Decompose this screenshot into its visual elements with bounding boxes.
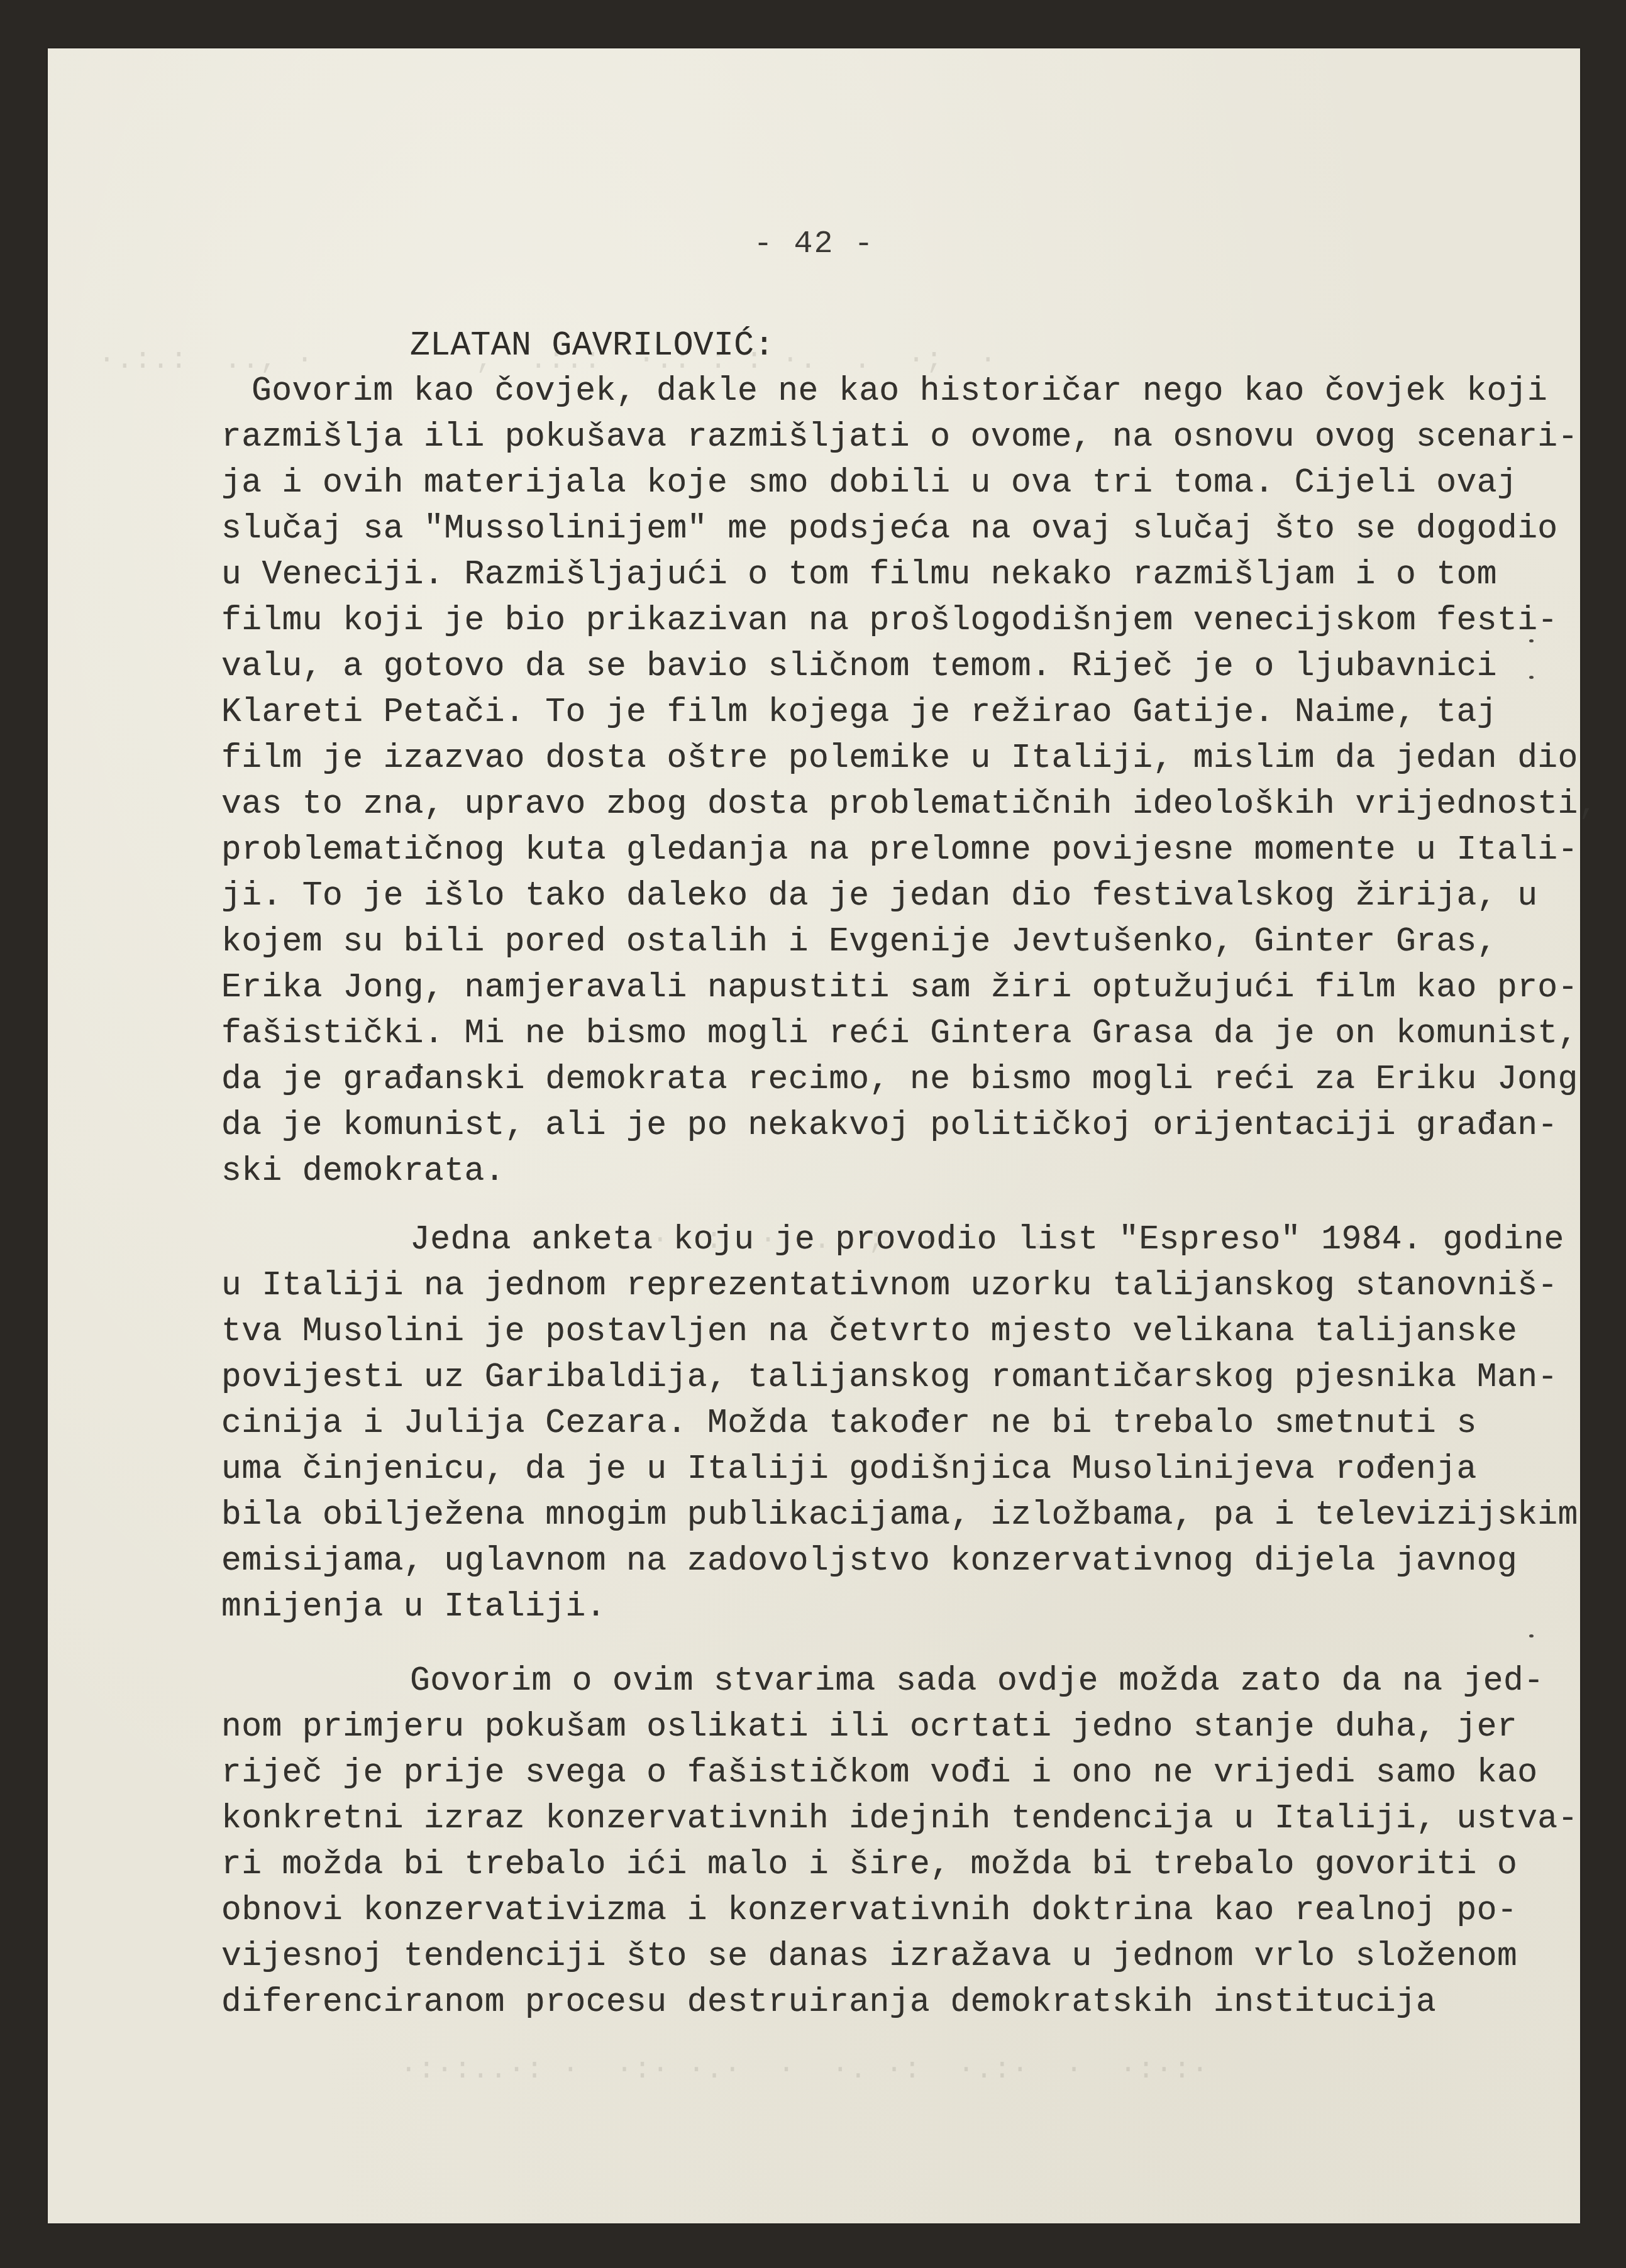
text-line: razmišlja ili pokušava razmišljati o ovo… <box>221 418 1578 456</box>
text-line: film je izazvao dosta oštre polemike u I… <box>221 739 1578 777</box>
text-line: kojem su bili pored ostalih i Evgenije J… <box>221 923 1497 961</box>
text-line: riječ je prije svega o fašističkom vođi … <box>221 1754 1537 1792</box>
speaker-heading: ZLATAN GAVRILOVIĆ: <box>410 327 775 365</box>
text-line: u Veneciji. Razmišljajući o tom filmu ne… <box>221 556 1497 593</box>
text-line: vijesnoj tendenciji što se danas izražav… <box>221 1937 1517 1975</box>
text-line: Klareti Petači. To je film kojega je rež… <box>221 693 1497 731</box>
text-line: mnijenja u Italiji. <box>221 1588 606 1626</box>
text-line: ri možda bi trebalo ići malo i šire, mož… <box>221 1846 1517 1883</box>
document-page: - 42 - ·.:.: .., · , .:.: ·.: : : ·. . ·… <box>48 48 1580 2223</box>
text-line: emisijama, uglavnom na zadovoljstvo konz… <box>221 1542 1517 1580</box>
text-line: Jedna anketa koju je provodio list "Espr… <box>410 1221 1564 1258</box>
margin-mark <box>1529 676 1534 679</box>
text-line: ja i ovih materijala koje smo dobili u o… <box>221 464 1517 502</box>
text-line: filmu koji je bio prikazivan na prošlogo… <box>221 602 1558 639</box>
text-line: slučaj sa "Mussolinijem" me podsjeća na … <box>221 510 1558 548</box>
text-line: obnovi konzervativizma i konzervativnih … <box>221 1891 1517 1929</box>
text-line: valu, a gotovo da se bavio sličnom temom… <box>221 647 1497 685</box>
bleed-through-text: ·:·:..·: · ·:· ·.· · ·. ·: ·.:· · ·:·:· <box>400 2054 1209 2086</box>
text-line: Govorim o ovim stvarima sada ovdje možda… <box>410 1662 1544 1700</box>
margin-mark <box>1529 1634 1534 1638</box>
text-line: konkretni izraz konzervativnih idejnih t… <box>221 1800 1578 1837</box>
text-line: tva Musolini je postavljen na četvrto mj… <box>221 1313 1517 1350</box>
text-line: da je građanski demokrata recimo, ne bis… <box>221 1060 1578 1098</box>
text-line: Erika Jong, namjeravali napustiti sam ži… <box>221 969 1578 1006</box>
text-line: fašistički. Mi ne bismo mogli reći Ginte… <box>221 1015 1578 1052</box>
text-line: cinija i Julija Cezara. Možda također ne… <box>221 1404 1477 1442</box>
text-line: ji. To je išlo tako daleko da je jedan d… <box>221 877 1537 915</box>
text-line: vas to zna, upravo zbog dosta problemati… <box>221 785 1598 823</box>
margin-mark <box>1529 639 1534 642</box>
page-number: - 42 - <box>48 226 1580 262</box>
margin-mark <box>1529 1509 1534 1512</box>
text-line: uma činjenicu, da je u Italiji godišnjic… <box>221 1450 1477 1488</box>
text-line: povijesti uz Garibaldija, talijanskog ro… <box>221 1358 1558 1396</box>
text-line: Govorim kao čovjek, dakle ne kao histori… <box>252 372 1547 410</box>
text-line: diferenciranom procesu destruiranja demo… <box>221 1983 1436 2021</box>
text-line: nom primjeru pokušam oslikati ili ocrtat… <box>221 1708 1517 1746</box>
text-line: ski demokrata. <box>221 1152 505 1190</box>
text-line: bila obilježena mnogim publikacijama, iz… <box>221 1496 1578 1534</box>
text-line: problematičnog kuta gledanja na prelomne… <box>221 831 1578 869</box>
text-line: da je komunist, ali je po nekakvoj polit… <box>221 1106 1558 1144</box>
text-line: u Italiji na jednom reprezentativnom uzo… <box>221 1267 1558 1304</box>
